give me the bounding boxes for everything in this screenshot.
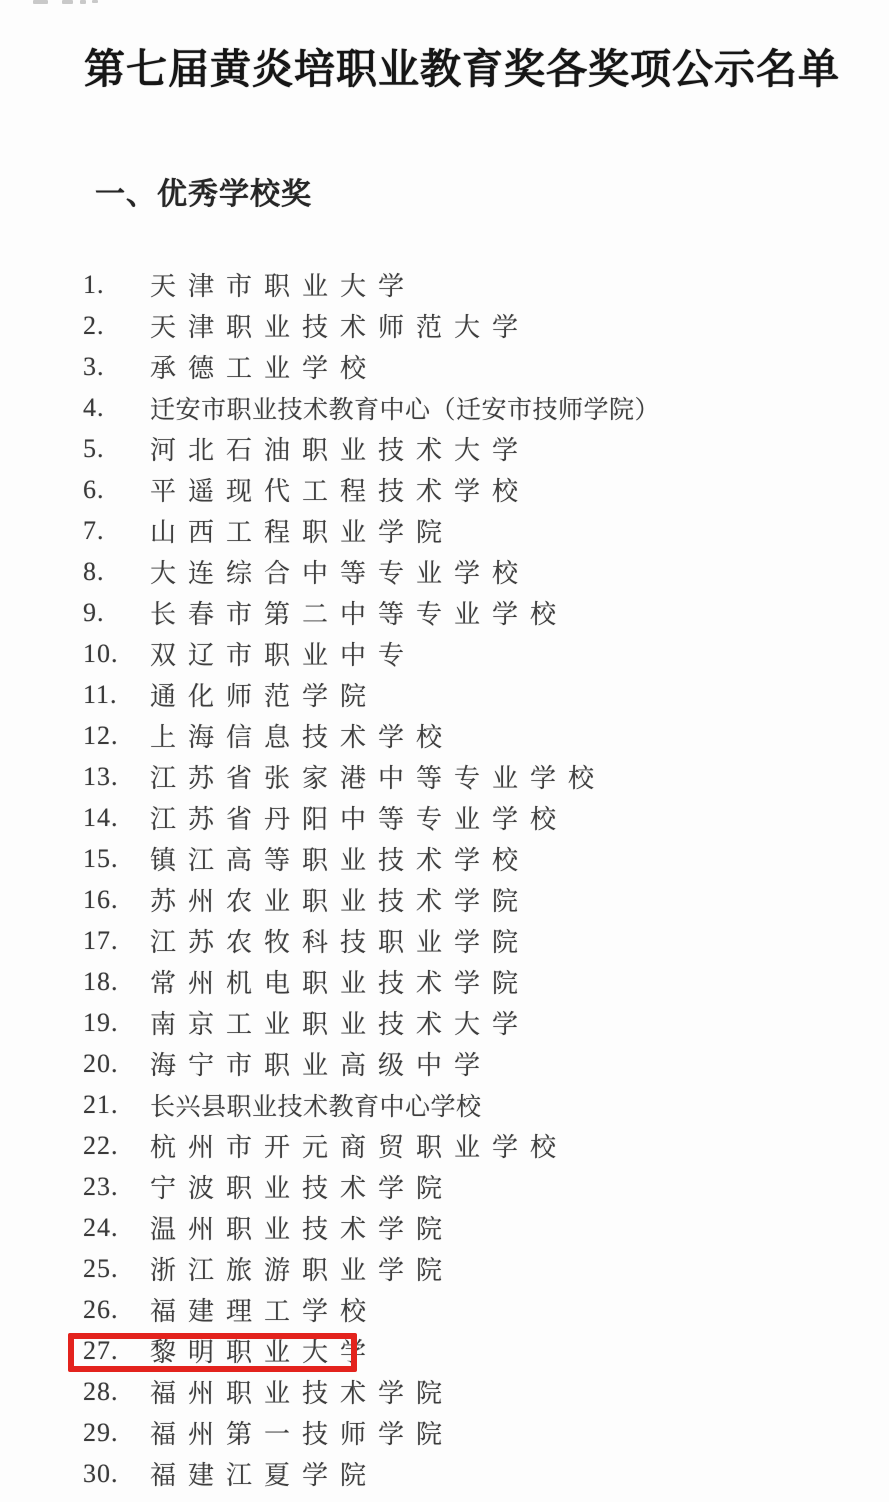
list-item-name: 天津职业技术师范大学 <box>150 307 530 344</box>
list-item-number: 30. <box>83 1459 150 1489</box>
list-item-name: 浙江旅游职业学院 <box>150 1250 454 1287</box>
list-item: 10.双辽市职业中专 <box>0 633 889 674</box>
list-item-name: 长春市第二中等专业学校 <box>150 594 568 631</box>
list-item-number: 20. <box>83 1049 150 1079</box>
list-item: 8.大连综合中等专业学校 <box>0 551 889 592</box>
list-item-number: 6. <box>83 475 150 505</box>
list-item: 15.镇江高等职业技术学校 <box>0 838 889 879</box>
list-item: 4.迁安市职业技术教育中心（迁安市技师学院） <box>0 387 889 428</box>
list-item: 11.通化师范学院 <box>0 674 889 715</box>
list-item-number: 24. <box>83 1213 150 1243</box>
list-item-number: 3. <box>83 352 150 382</box>
list-item-name: 天津市职业大学 <box>150 266 416 303</box>
list-item: 14.江苏省丹阳中等专业学校 <box>0 797 889 838</box>
list-item-number: 11. <box>83 680 150 710</box>
list-item: 13.江苏省张家港中等专业学校 <box>0 756 889 797</box>
list-item: 25.浙江旅游职业学院 <box>0 1248 889 1289</box>
list-item-number: 4. <box>83 393 150 423</box>
list-item-number: 25. <box>83 1254 150 1284</box>
list-item-number: 23. <box>83 1172 150 1202</box>
list-item-number: 28. <box>83 1377 150 1407</box>
award-list: 1.天津市职业大学2.天津职业技术师范大学3.承德工业学校4.迁安市职业技术教育… <box>0 264 889 1494</box>
list-item-name: 福州第一技师学院 <box>150 1414 454 1451</box>
list-item: 19.南京工业职业技术大学 <box>0 1002 889 1043</box>
list-item-name: 通化师范学院 <box>150 676 378 713</box>
list-item: 3.承德工业学校 <box>0 346 889 387</box>
list-item: 6.平遥现代工程技术学校 <box>0 469 889 510</box>
list-item: 27.黎明职业大学 <box>0 1330 889 1371</box>
list-item-number: 26. <box>83 1295 150 1325</box>
list-item: 20.海宁市职业高级中学 <box>0 1043 889 1084</box>
list-item-number: 7. <box>83 516 150 546</box>
section-heading: 一、优秀学校奖 <box>95 176 312 214</box>
list-item-name: 福建江夏学院 <box>150 1455 378 1492</box>
list-item-name: 福州职业技术学院 <box>150 1373 454 1410</box>
list-item: 26.福建理工学校 <box>0 1289 889 1330</box>
list-item-number: 19. <box>83 1008 150 1038</box>
list-item-number: 13. <box>83 762 150 792</box>
list-item-name: 南京工业职业技术大学 <box>150 1004 530 1041</box>
scan-artifact <box>62 0 73 4</box>
list-item-number: 17. <box>83 926 150 956</box>
list-item: 12.上海信息技术学校 <box>0 715 889 756</box>
list-item: 16.苏州农业职业技术学院 <box>0 879 889 920</box>
list-item: 1.天津市职业大学 <box>0 264 889 305</box>
list-item: 24.温州职业技术学院 <box>0 1207 889 1248</box>
document-page: 第七届黄炎培职业教育奖各奖项公示名单 一、优秀学校奖 1.天津市职业大学2.天津… <box>0 0 889 1502</box>
list-item-name: 山西工程职业学院 <box>150 512 454 549</box>
list-item: 21.长兴县职业技术教育中心学校 <box>0 1084 889 1125</box>
list-item-number: 9. <box>83 598 150 628</box>
list-item-number: 29. <box>83 1418 150 1448</box>
list-item-name: 江苏农牧科技职业学院 <box>150 922 530 959</box>
list-item-name: 承德工业学校 <box>150 348 378 385</box>
list-item-number: 5. <box>83 434 150 464</box>
list-item-number: 10. <box>83 639 150 669</box>
list-item-number: 1. <box>83 270 150 300</box>
list-item-number: 14. <box>83 803 150 833</box>
list-item-number: 27. <box>83 1336 150 1366</box>
scan-artifact <box>92 0 98 3</box>
list-item: 17.江苏农牧科技职业学院 <box>0 920 889 961</box>
list-item: 9.长春市第二中等专业学校 <box>0 592 889 633</box>
list-item-name: 海宁市职业高级中学 <box>150 1045 492 1082</box>
list-item-name: 双辽市职业中专 <box>150 635 416 672</box>
list-item: 29.福州第一技师学院 <box>0 1412 889 1453</box>
list-item-name: 江苏省张家港中等专业学校 <box>150 758 606 795</box>
list-item: 7.山西工程职业学院 <box>0 510 889 551</box>
list-item-name: 温州职业技术学院 <box>150 1209 454 1246</box>
list-item-name: 上海信息技术学校 <box>150 717 454 754</box>
list-item-name: 镇江高等职业技术学校 <box>150 840 530 877</box>
list-item-number: 8. <box>83 557 150 587</box>
list-item-name: 长兴县职业技术教育中心学校 <box>150 1087 482 1123</box>
list-item-number: 2. <box>83 311 150 341</box>
list-item-number: 22. <box>83 1131 150 1161</box>
list-item-name: 苏州农业职业技术学院 <box>150 881 530 918</box>
scan-artifact <box>80 0 86 4</box>
list-item: 5.河北石油职业技术大学 <box>0 428 889 469</box>
list-item-name: 宁波职业技术学院 <box>150 1168 454 1205</box>
list-item: 2.天津职业技术师范大学 <box>0 305 889 346</box>
list-item: 28.福州职业技术学院 <box>0 1371 889 1412</box>
list-item-number: 12. <box>83 721 150 751</box>
list-item-name: 常州机电职业技术学院 <box>150 963 530 1000</box>
scan-artifact <box>33 0 48 4</box>
list-item-number: 21. <box>83 1090 150 1120</box>
list-item: 23.宁波职业技术学院 <box>0 1166 889 1207</box>
list-item-number: 18. <box>83 967 150 997</box>
list-item-name: 黎明职业大学 <box>150 1332 378 1369</box>
list-item-name: 迁安市职业技术教育中心（迁安市技师学院） <box>150 390 660 426</box>
list-item-name: 杭州市开元商贸职业学校 <box>150 1127 568 1164</box>
list-item-name: 平遥现代工程技术学校 <box>150 471 530 508</box>
page-title: 第七届黄炎培职业教育奖各奖项公示名单 <box>84 44 840 94</box>
list-item: 22.杭州市开元商贸职业学校 <box>0 1125 889 1166</box>
list-item-name: 大连综合中等专业学校 <box>150 553 530 590</box>
list-item: 18.常州机电职业技术学院 <box>0 961 889 1002</box>
list-item: 30.福建江夏学院 <box>0 1453 889 1494</box>
list-item-name: 江苏省丹阳中等专业学校 <box>150 799 568 836</box>
list-item-name: 福建理工学校 <box>150 1291 378 1328</box>
list-item-number: 16. <box>83 885 150 915</box>
list-item-name: 河北石油职业技术大学 <box>150 430 530 467</box>
list-item-number: 15. <box>83 844 150 874</box>
